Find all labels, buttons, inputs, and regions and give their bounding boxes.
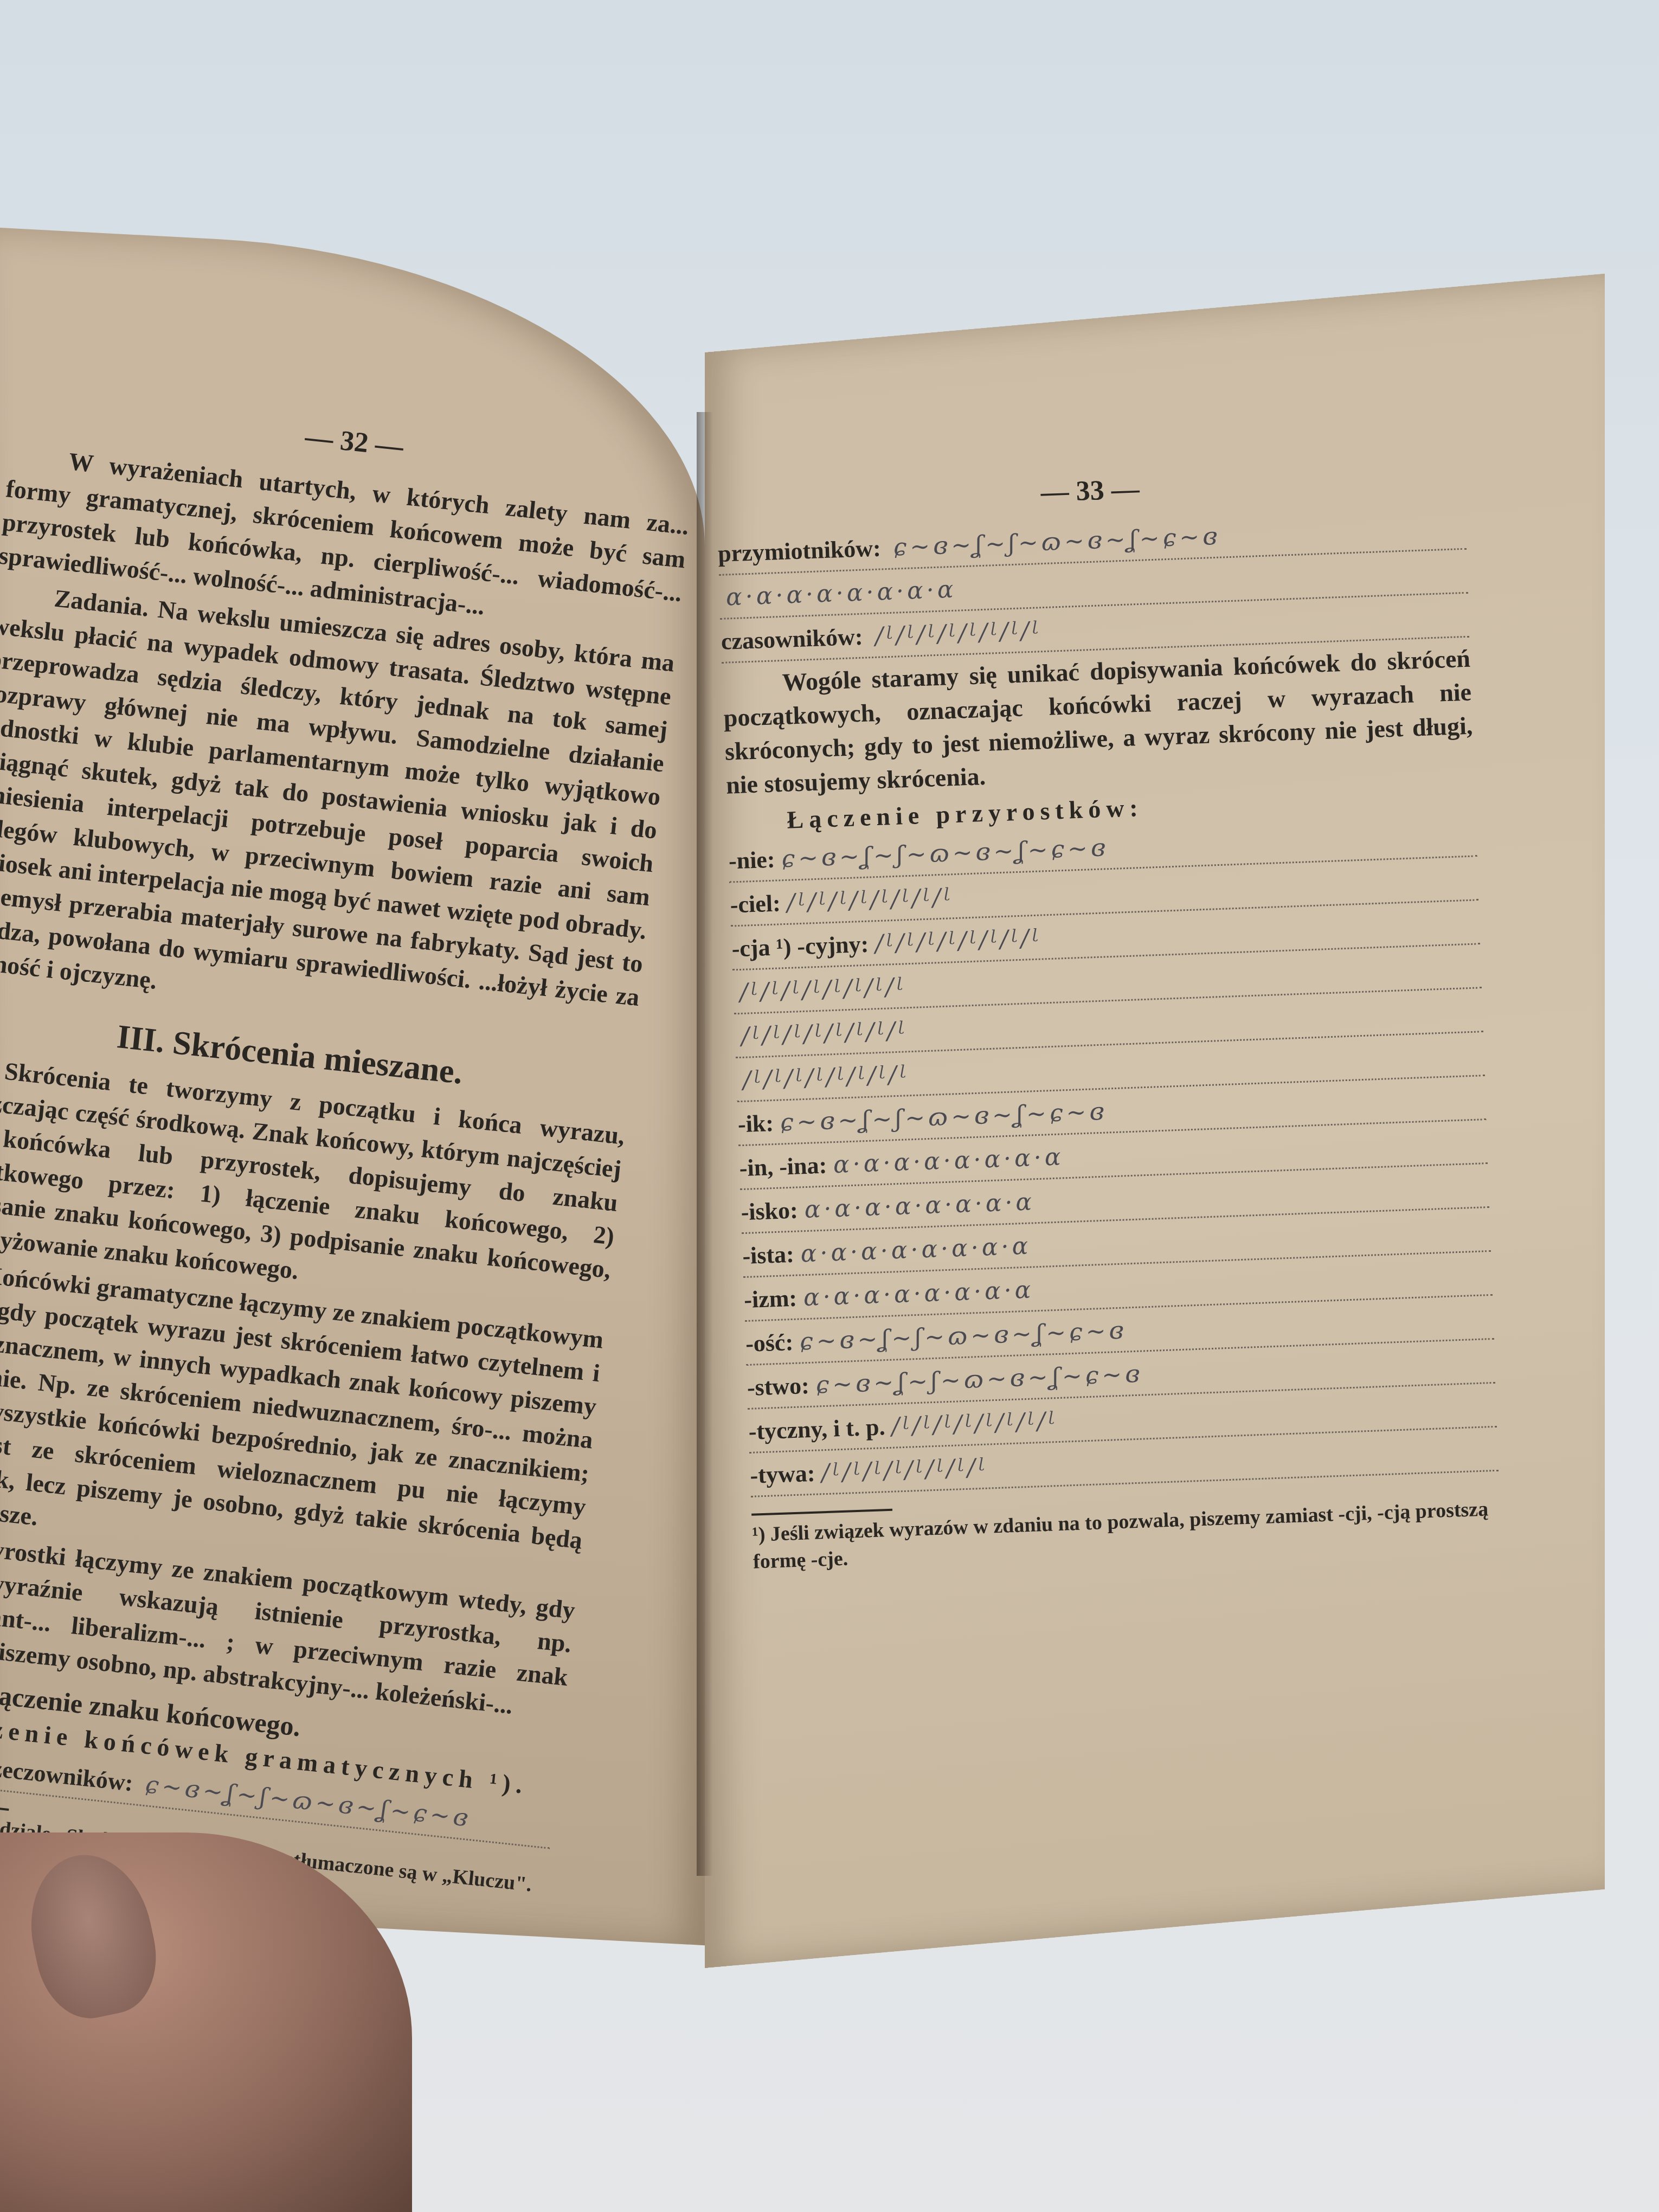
steno-row-label: -nie: — [728, 846, 775, 874]
handwritten-steno: /ᶩ/ᶩ/ᶩ/ᶩ/ᶩ/ᶩ/ᶩ/ᶩ — [874, 924, 1042, 958]
handwritten-steno: /ᶩ/ᶩ/ᶩ/ᶩ/ᶩ/ᶩ/ᶩ/ᶩ — [741, 1017, 908, 1050]
handwritten-steno: ɑ·ɑ·ɑ·ɑ·ɑ·ɑ·ɑ·ɑ — [833, 1143, 1064, 1179]
exercise-paragraph: Zadania. Na wekslu umieszcza się adres o… — [0, 575, 676, 1048]
handwritten-steno: ɑ·ɑ·ɑ·ɑ·ɑ·ɑ·ɑ·ɑ — [803, 1276, 1034, 1311]
steno-row-label: -ciel: — [730, 890, 781, 918]
handwritten-steno: /ᶩ/ᶩ/ᶩ/ᶩ/ᶩ/ᶩ/ᶩ/ᶩ — [742, 1060, 910, 1094]
handwritten-steno: ɕ~ɞ~ʆ~ʃ~ɷ~ɞ~ʆ~ɕ~ɞ — [815, 1360, 1143, 1399]
footnote-divider — [0, 1794, 9, 1811]
steno-row-label: -cja ¹) -cyjny: — [731, 931, 869, 962]
handwritten-steno: ɕ~ɞ~ʆ~ʃ~ɷ~ɞ~ʆ~ɕ~ɞ — [780, 1098, 1108, 1137]
handwritten-steno: /ᶩ/ᶩ/ᶩ/ᶩ/ᶩ/ᶩ/ᶩ/ᶩ — [891, 1407, 1058, 1441]
handwritten-steno: ɕ~ɞ~ʆ~ʃ~ɷ~ɞ~ʆ~ɕ~ɞ — [781, 834, 1109, 873]
steno-row-label: przymiotników: — [717, 535, 881, 567]
steno-row-label: -in, -ina: — [739, 1152, 827, 1182]
handwritten-steno: ɕ~ɞ~ʆ~ʃ~ɷ~ɞ~ʆ~ɕ~ɞ — [799, 1316, 1127, 1355]
handwritten-steno: ɑ·ɑ·ɑ·ɑ·ɑ·ɑ·ɑ·ɑ — [725, 576, 957, 612]
handwritten-steno: /ᶩ/ᶩ/ᶩ/ᶩ/ᶩ/ᶩ/ᶩ/ᶩ — [821, 1454, 988, 1487]
open-book: — 32 — W wyrażeniach utartych, w których… — [0, 0, 1659, 2212]
handwritten-steno: ɑ·ɑ·ɑ·ɑ·ɑ·ɑ·ɑ·ɑ — [800, 1232, 1032, 1268]
steno-row-label: -isko: — [741, 1197, 799, 1226]
general-rule-paragraph: Wogóle staramy się unikać dopisywania ko… — [722, 642, 1475, 802]
steno-row-label: -ość: — [745, 1329, 794, 1357]
steno-row-label: -ik: — [737, 1110, 774, 1137]
handwritten-steno: /ᶩ/ᶩ/ᶩ/ᶩ/ᶩ/ᶩ/ᶩ/ᶩ — [787, 883, 954, 917]
steno-row-label: -ista: — [742, 1241, 795, 1269]
handwritten-steno: /ᶩ/ᶩ/ᶩ/ᶩ/ᶩ/ᶩ/ᶩ/ᶩ — [740, 973, 907, 1006]
steno-row-label: -tyczny, i t. p. — [748, 1413, 885, 1445]
footnote-divider — [751, 1509, 892, 1516]
steno-row-label: czasowników: — [721, 623, 863, 655]
handwritten-steno: ɑ·ɑ·ɑ·ɑ·ɑ·ɑ·ɑ·ɑ — [804, 1188, 1036, 1224]
handwritten-steno: ɕ~ɞ~ʆ~ʃ~ɷ~ɞ~ʆ~ɕ~ɞ — [893, 523, 1221, 562]
steno-row-label: -stwo: — [747, 1372, 809, 1401]
book-gutter — [697, 412, 713, 1876]
handwritten-steno: /ᶩ/ᶩ/ᶩ/ᶩ/ᶩ/ᶩ/ᶩ/ᶩ — [874, 616, 1042, 650]
right-page-content: — 33 — przymiotników: ɕ~ɞ~ʆ~ʃ~ɷ~ɞ~ʆ~ɕ~ɞ … — [716, 462, 1501, 1576]
steno-row-label: -izm: — [743, 1285, 797, 1313]
steno-row-label: -tywa: — [750, 1460, 815, 1489]
